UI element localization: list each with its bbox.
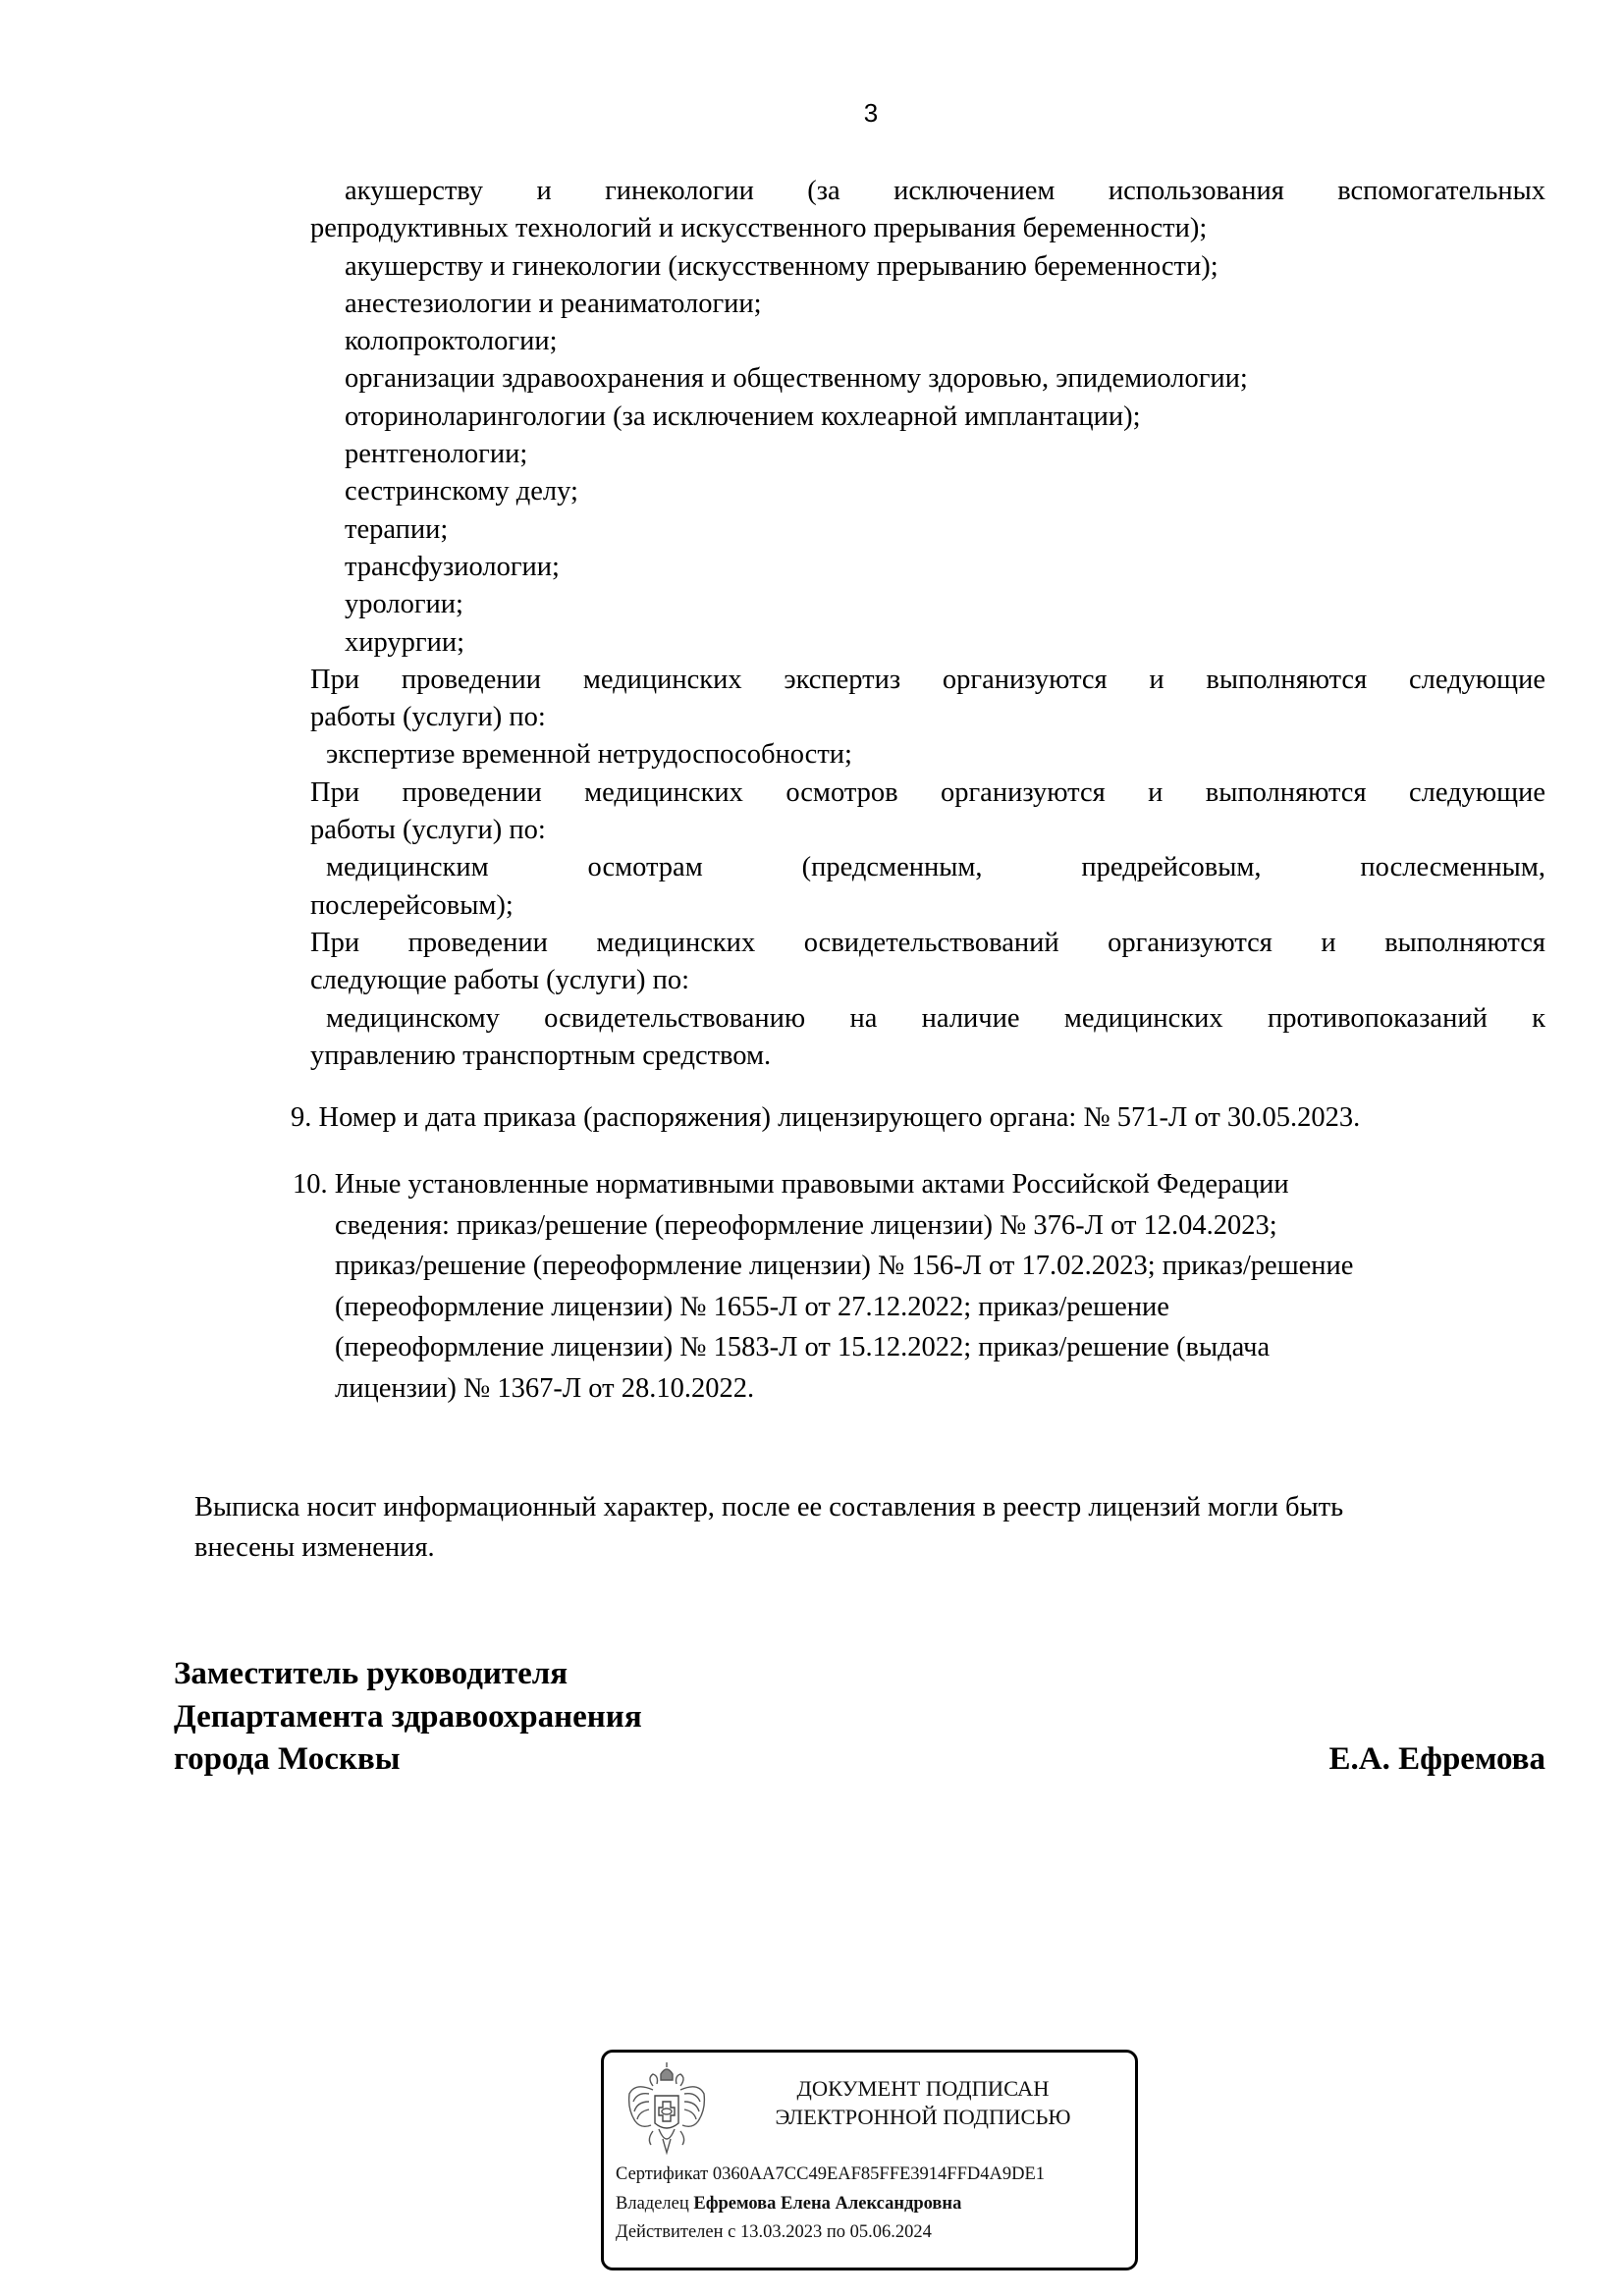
- validity-line: Действителен с 13.03.2023 по 05.06.2024: [616, 2218, 1045, 2248]
- service-line: рентгенологии;: [310, 436, 1545, 473]
- service-line: оториноларингологии (за исключением кохл…: [310, 399, 1545, 436]
- certificate-label: Сертификат: [616, 2164, 708, 2184]
- owner-line: Владелец Ефремова Елена Александровна: [616, 2190, 1045, 2219]
- item-9-order-number: 9. Номер и дата приказа (распоряжения) л…: [291, 1099, 1557, 1137]
- service-line: терапии;: [310, 511, 1545, 549]
- service-line: репродуктивных технологий и искусственно…: [310, 210, 1545, 247]
- stamp-title: ДОКУМЕНТ ПОДПИСАН ЭЛЕКТРОННОЙ ПОДПИСЬЮ: [722, 2074, 1124, 2131]
- disclaimer-note: Выписка носит информационный характер, п…: [194, 1487, 1549, 1568]
- certificate-value: 0360AA7CC49EAF85FFE3914FFD4A9DE1: [713, 2164, 1045, 2184]
- service-line: колопроктологии;: [310, 323, 1545, 360]
- stamp-title-line: ДОКУМЕНТ ПОДПИСАН: [722, 2074, 1124, 2103]
- signatory-name: Е.А. Ефремова: [1329, 1738, 1545, 1782]
- service-line: работы (услуги) по:: [310, 812, 1545, 849]
- service-line: анестезиологии и реаниматологии;: [310, 286, 1545, 323]
- signatory-position-line: Департамента здравоохранения: [174, 1696, 1545, 1739]
- certificate-line: Сертификат 0360AA7CC49EAF85FFE3914FFD4A9…: [616, 2161, 1045, 2190]
- stamp-details: Сертификат 0360AA7CC49EAF85FFE3914FFD4A9…: [616, 2161, 1045, 2248]
- signatory-position-line: Заместитель руководителя: [174, 1653, 1545, 1696]
- item-10-other-info: 10. Иные установленные нормативными прав…: [293, 1164, 1353, 1409]
- page-number: 3: [0, 98, 1624, 129]
- owner-label: Владелец: [616, 2194, 689, 2214]
- service-line: следующие работы (услуги) по:: [310, 962, 1545, 999]
- service-line: медицинскому освидетельствованию на нали…: [310, 1000, 1545, 1038]
- licensed-services-list: акушерству и гинекологии (за исключением…: [310, 173, 1545, 1075]
- service-line: организации здравоохранения и общественн…: [310, 360, 1545, 398]
- service-line: управлению транспортным средством.: [310, 1038, 1545, 1075]
- stamp-title-line: ЭЛЕКТРОННОЙ ПОДПИСЬЮ: [722, 2103, 1124, 2131]
- service-line: трансфузиологии;: [310, 549, 1545, 586]
- service-line: сестринскому делу;: [310, 473, 1545, 510]
- service-line: медицинским осмотрам (предсменным, предр…: [310, 849, 1545, 886]
- note-line: Выписка носит информационный характер, п…: [194, 1487, 1549, 1527]
- note-line: внесены изменения.: [194, 1527, 1549, 1568]
- item-10-line: (переоформление лицензии) № 1655-Л от 27…: [293, 1287, 1353, 1328]
- service-line: работы (услуги) по:: [310, 699, 1545, 736]
- service-line: При проведении медицинских освидетельств…: [310, 925, 1545, 962]
- service-line: акушерству и гинекологии (искусственному…: [310, 248, 1545, 286]
- item-10-line: сведения: приказ/решение (переоформление…: [293, 1205, 1353, 1247]
- service-line: При проведении медицинских осмотров орга…: [310, 774, 1545, 812]
- russian-eagle-emblem-icon: [623, 2060, 710, 2159]
- service-line: хирургии;: [310, 624, 1545, 662]
- service-line: послерейсовым);: [310, 887, 1545, 925]
- signatory-block: Заместитель руководителя Департамента зд…: [174, 1653, 1545, 1782]
- service-line: При проведении медицинских экспертиз орг…: [310, 662, 1545, 699]
- item-10-line: лицензии) № 1367-Л от 28.10.2022.: [293, 1368, 1353, 1410]
- electronic-signature-stamp: ДОКУМЕНТ ПОДПИСАН ЭЛЕКТРОННОЙ ПОДПИСЬЮ С…: [601, 2050, 1138, 2270]
- item-10-line: приказ/решение (переоформление лицензии)…: [293, 1246, 1353, 1287]
- item-10-line: (переоформление лицензии) № 1583-Л от 15…: [293, 1327, 1353, 1368]
- owner-value: Ефремова Елена Александровна: [693, 2194, 961, 2214]
- service-line: экспертизе временной нетрудоспособности;: [310, 736, 1545, 774]
- service-line: акушерству и гинекологии (за исключением…: [310, 173, 1545, 210]
- item-10-line: 10. Иные установленные нормативными прав…: [293, 1164, 1353, 1205]
- service-line: урологии;: [310, 586, 1545, 623]
